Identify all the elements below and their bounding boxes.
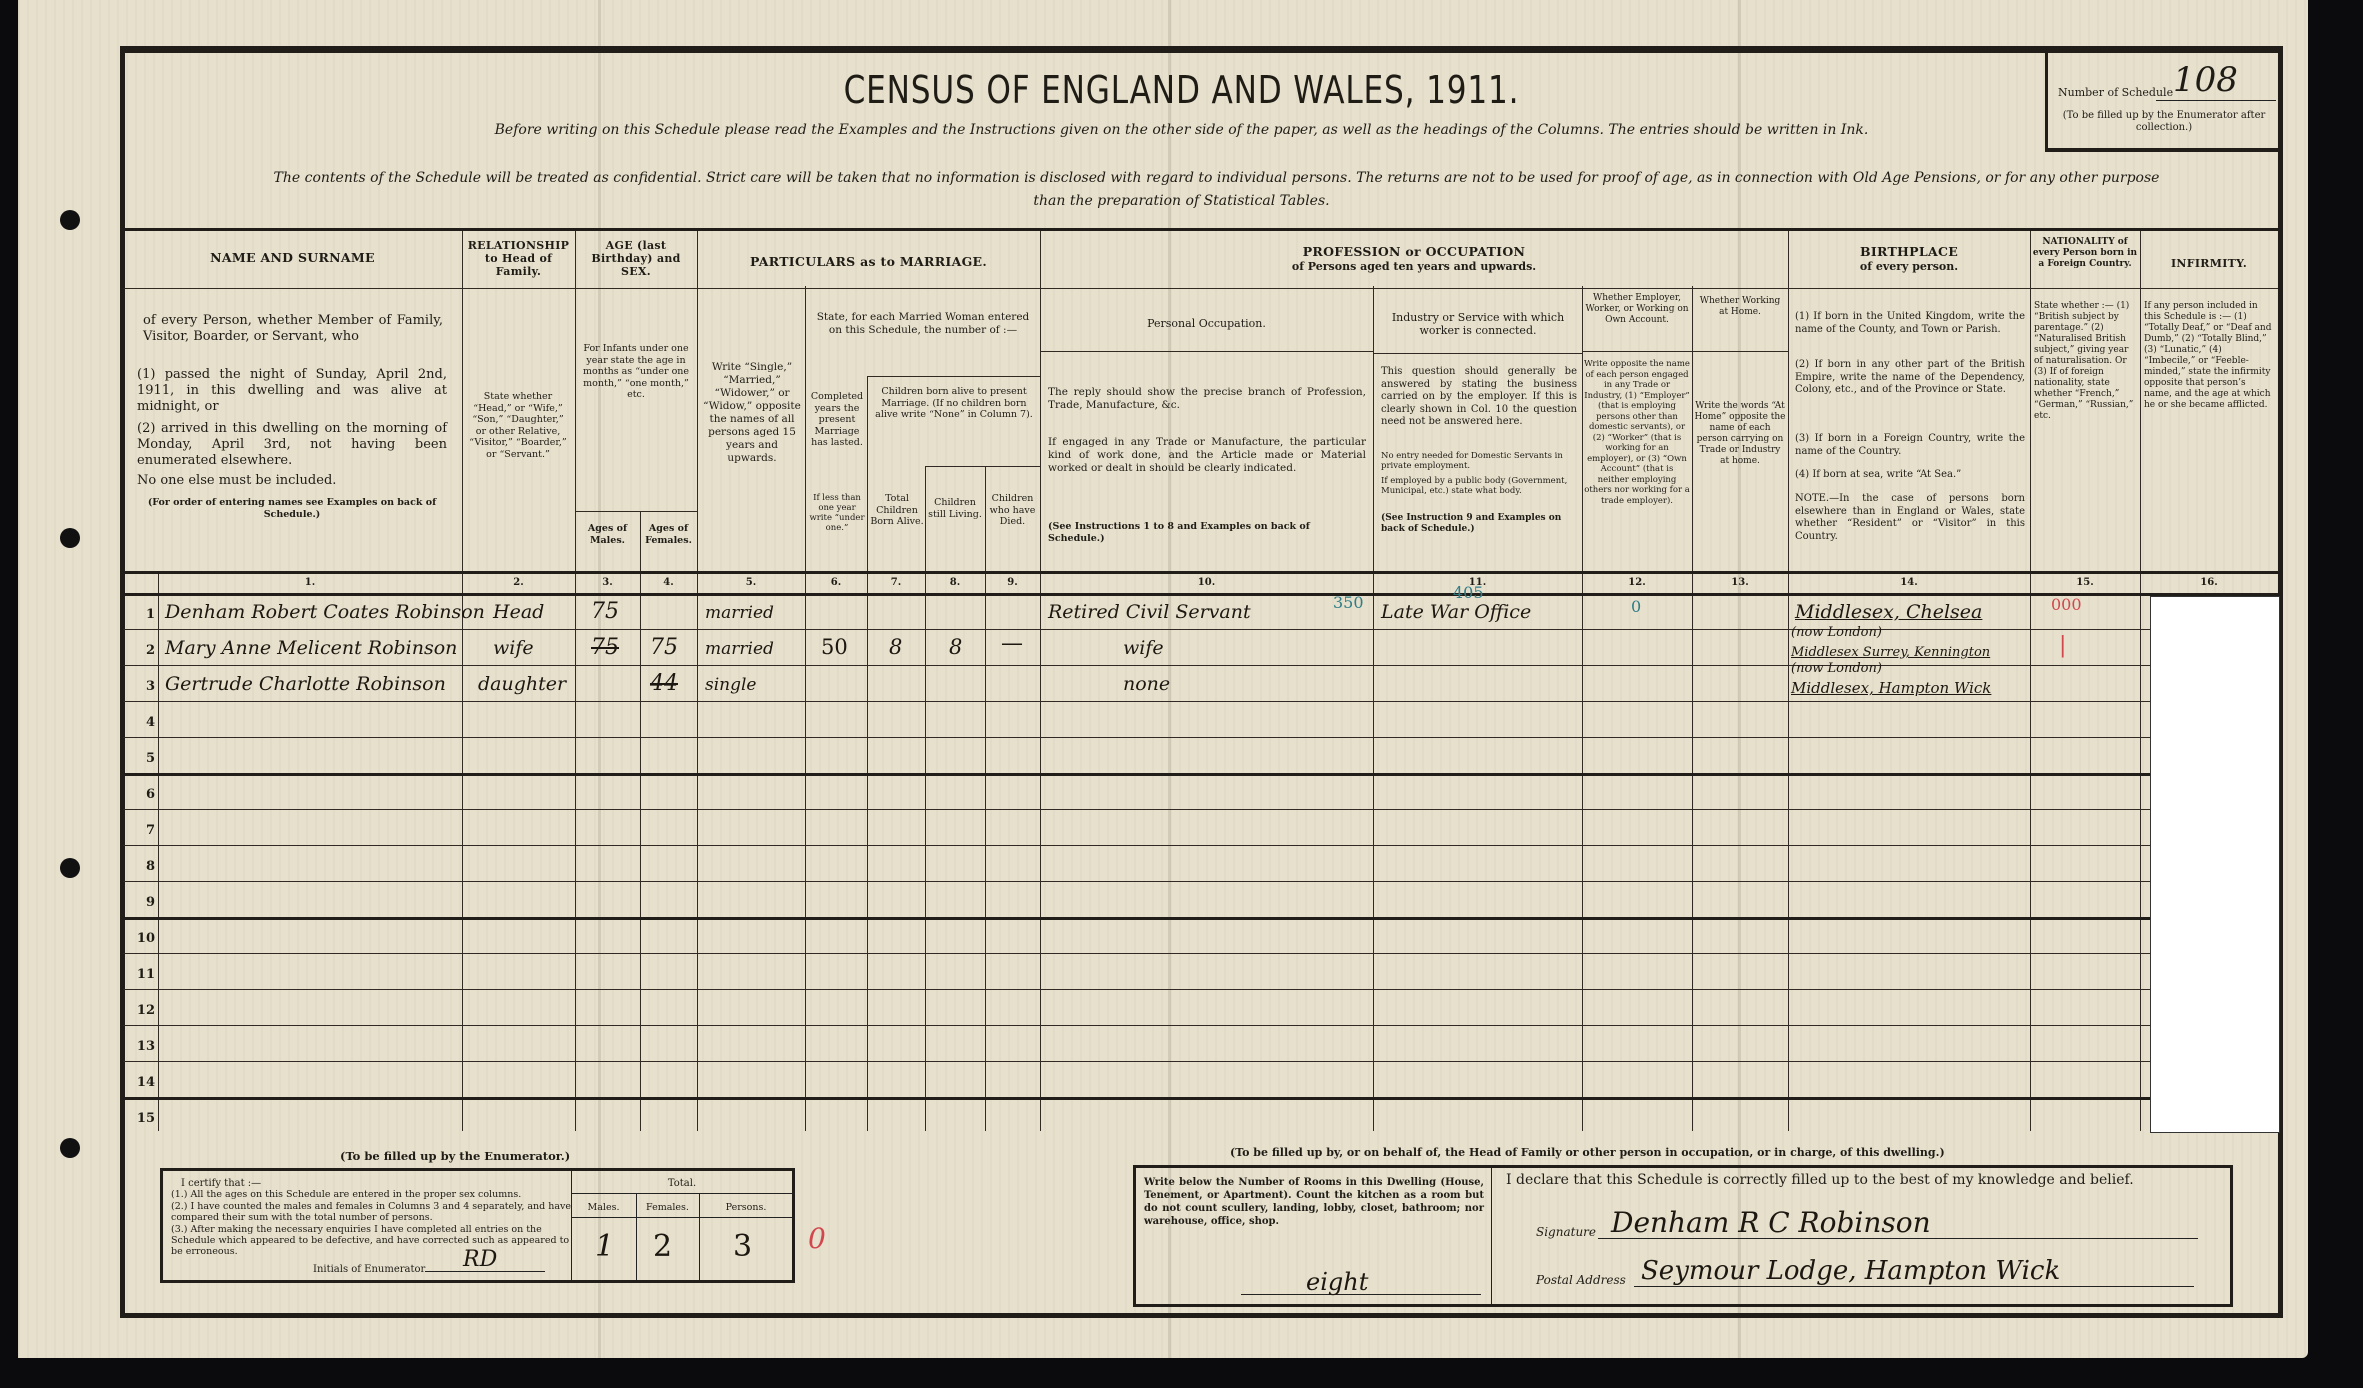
header-birthplace-note: NOTE.—In the case of persons born elsewh… [1795,493,2025,543]
entry-age-female[interactable]: 75 [650,635,678,660]
entry-children-died[interactable]: — [1001,631,1023,656]
entry-age-male-struck: 75 [591,635,619,660]
entry-birthplace-note: (now London) [1791,625,1882,640]
enumerator-heading: (To be filled up by the Enumerator.) [340,1150,570,1163]
header-age-females: Ages of Females. [640,523,697,546]
header-occupation: PROFESSION or OCCUPATION [1040,245,1788,259]
header-marriage: PARTICULARS as to MARRIAGE. [697,255,1040,269]
header-home-body: Write the words “At Home” opposite the n… [1694,401,1786,467]
entry-occupation[interactable]: Retired Civil Servant [1048,601,1251,623]
address-label: Postal Address [1536,1274,1626,1287]
header-industry: Industry or Service with which worker is… [1378,311,1578,337]
enumerator-red-mark: 0 [808,1222,826,1255]
column-number: 10. [1040,577,1373,588]
header-total-born: Total Children Born Alive. [869,493,925,528]
header-home: Whether Working at Home. [1694,296,1786,318]
entry-name[interactable]: Gertrude Charlotte Robinson [165,673,446,695]
column-number: 5. [697,577,805,588]
redacted-infirmity-column [2150,596,2280,1133]
header-name-rule-1: (1) passed the night of Sunday, April 2n… [137,367,447,415]
header-personal-body-1: The reply should show the precise branch… [1048,386,1366,412]
row-number: 4 [131,715,155,730]
row-number: 12 [131,1003,155,1018]
row-number: 1 [131,607,155,622]
header-marriage-condition: Write “Single,” “Married,” “Widower,” or… [703,361,801,465]
entry-occupation[interactable]: none [1123,673,1170,695]
header-occupation-subtitle: of Persons aged ten years and upwards. [1040,261,1788,273]
females-label: Females. [636,1201,699,1214]
instruction-line: Before writing on this Schedule please r… [0,122,2363,138]
initials-value[interactable]: RD [463,1247,497,1272]
header-industry-body-1: This question should generally be answer… [1381,366,1577,429]
header-years-married: Completed years the present Marriage has… [807,391,867,449]
row-number: 9 [131,895,155,910]
rooms-instruction: Write below the Number of Rooms in this … [1144,1176,1484,1228]
header-industry-body-4: (See Instruction 9 and Examples on back … [1381,513,1577,535]
row-number: 8 [131,859,155,874]
header-personal-body-2: If engaged in any Trade or Manufacture, … [1048,436,1366,475]
header-relationship-body: State whether “Head,” or “Wife,” “Son,” … [468,391,568,460]
schedule-number-label: Number of Schedule [2058,86,2173,99]
column-number: 15. [2030,577,2140,588]
certify-item: (1.) All the ages on this Schedule are e… [171,1189,571,1200]
entry-relationship[interactable]: daughter [478,673,566,695]
header-industry-body-3: If employed by a public body (Government… [1381,476,1577,496]
householder-heading: (To be filled up by, or on behalf of, th… [1230,1146,1945,1159]
entry-name[interactable]: Denham Robert Coates Robinson [165,601,485,623]
header-birthplace-body-2: (2) If born in any other part of the Bri… [1795,359,2025,397]
punch-hole [60,210,80,230]
entry-birthplace[interactable]: Middlesex, Hampton Wick [1791,679,1991,697]
row-number: 3 [131,679,155,694]
persons-label: Persons. [699,1201,793,1214]
certify-item: (2.) I have counted the males and female… [171,1201,571,1223]
form-title: CENSUS OF ENGLAND AND WALES, 1911. [213,68,2151,112]
header-name-intro: of every Person, whether Member of Famil… [143,313,443,345]
entry-age-female[interactable]: 44 [650,671,678,696]
entry-birthplace[interactable]: Middlesex Surrey, Kennington [1791,645,1990,660]
column-number: 6. [805,577,867,588]
signature-value[interactable]: Denham R C Robinson [1611,1206,1931,1239]
column-number: 3. [575,577,640,588]
header-age-body: For Infants under one year state the age… [579,343,693,401]
certify-item: (3.) After making the necessary enquirie… [171,1224,571,1257]
column-number: 2. [462,577,575,588]
entry-birthplace[interactable]: Middlesex, Chelsea [1795,601,1982,623]
header-birthplace-body-1: (1) If born in the United Kingdom, write… [1795,311,2025,336]
entry-condition[interactable]: married [705,603,774,623]
header-employer-body: Write opposite the name of each person e… [1584,359,1690,506]
header-name-rule-3: No one else must be included. [137,474,447,487]
column-number: 9. [985,577,1040,588]
entry-relationship[interactable]: wife [493,637,534,659]
header-age: AGE (last Birthday) and SEX. [575,239,697,278]
header-nationality-body: State whether :— (1) “British subject by… [2034,301,2138,422]
entry-relationship[interactable]: Head [493,601,544,623]
row-number: 6 [131,787,155,802]
header-birthplace-body-4: (4) If born at sea, write “At Sea.” [1795,469,2025,482]
census-table: NAME AND SURNAME of every Person, whethe… [123,228,2278,1131]
header-employer: Whether Employer, Worker, or Working on … [1584,293,1690,326]
header-still-living: Children still Living. [925,497,985,520]
header-personal-occupation: Personal Occupation. [1040,317,1373,330]
header-birthplace-subtitle: of every person. [1788,261,2030,273]
entry-employer-status[interactable]: 0 [1631,597,1641,616]
header-name-rule-4: (For order of entering names see Example… [137,497,447,520]
entry-condition[interactable]: married [705,639,774,659]
column-number: 8. [925,577,985,588]
column-number: 1. [158,577,462,588]
schedule-number-value[interactable]: 108 [2173,60,2238,100]
column-number: 4. [640,577,697,588]
row-number: 11 [131,967,155,982]
column-number: 12. [1582,577,1692,588]
row-number: 13 [131,1039,155,1054]
header-birthplace: BIRTHPLACE [1788,245,2030,259]
entry-name[interactable]: Mary Anne Melicent Robinson [165,637,457,659]
entry-occupation-code: 350 [1333,593,1364,612]
schedule-number-box: Number of Schedule 108 (To be filled up … [2045,52,2280,152]
initials-label: Initials of Enumerator [313,1263,425,1276]
row-number: 5 [131,751,155,766]
declaration-text: I declare that this Schedule is correctl… [1506,1174,2134,1187]
punch-hole [60,528,80,548]
column-number: 16. [2140,577,2278,588]
row-number: 2 [131,643,155,658]
entry-age-male[interactable]: 75 [591,599,619,624]
header-birthplace-body-3: (3) If born in a Foreign Country, write … [1795,433,2025,458]
header-age-males: Ages of Males. [575,523,640,546]
entry-years-married[interactable]: 50 [821,635,848,659]
header-name-rule-2: (2) arrived in this dwelling on the morn… [137,421,447,469]
header-industry-body-2: No entry needed for Domestic Servants in… [1381,451,1577,471]
confidential-line: The contents of the Schedule will be tre… [150,170,2283,186]
header-years-note: If less than one year write “under one.” [807,493,867,533]
rooms-value[interactable]: eight [1306,1268,1368,1296]
header-nationality: NATIONALITY of every Person born in a Fo… [2030,237,2140,270]
header-relationship: RELATIONSHIP to Head of Family. [462,239,575,278]
confidential-line-2: than the preparation of Statistical Tabl… [0,193,2363,209]
header-name: NAME AND SURNAME [123,251,462,265]
entry-birthplace-note: (now London) [1791,661,1882,676]
total-persons[interactable]: 3 [733,1229,752,1264]
header-infirmity-body: If any person included in this Schedule … [2144,301,2274,411]
row-number: 15 [131,1111,155,1126]
entry-occupation[interactable]: wife [1123,637,1164,659]
column-number: 14. [1788,577,2030,588]
column-number: 7. [867,577,925,588]
entry-children-total[interactable]: 8 [889,635,902,659]
entry-nationality-mark: | [2059,633,2066,658]
entry-nationality-mark: 000 [2051,595,2082,614]
total-females[interactable]: 2 [653,1229,672,1264]
row-number: 14 [131,1075,155,1090]
header-personal-body-3: (See Instructions 1 to 8 and Examples on… [1048,521,1366,544]
row-number: 7 [131,823,155,838]
header-children-born: Children born alive to present Marriage.… [871,386,1037,421]
header-infirmity: INFIRMITY. [2140,257,2278,271]
column-number: 13. [1692,577,1788,588]
row-number: 10 [131,931,155,946]
entry-industry-code: 405 [1453,583,1484,602]
signature-label: Signature [1536,1226,1596,1239]
total-males[interactable]: 1 [595,1229,614,1264]
males-label: Males. [571,1201,636,1214]
header-died: Children who have Died. [985,493,1040,528]
schedule-number-note: (To be filled up by the Enumerator after… [2052,110,2276,134]
enumerator-box: I certify that :— (1.) All the ages on t… [160,1168,795,1283]
punch-hole [60,1138,80,1158]
total-label: Total. [571,1177,793,1190]
header-married-woman: State, for each Married Woman entered on… [813,311,1033,337]
householder-box: Write below the Number of Rooms in this … [1133,1165,2233,1307]
address-value[interactable]: Seymour Lodge, Hampton Wick [1641,1256,2060,1286]
entry-condition[interactable]: single [705,675,757,695]
punch-hole [60,858,80,878]
entry-children-living[interactable]: 8 [949,635,962,659]
entry-industry[interactable]: Late War Office [1381,601,1531,623]
